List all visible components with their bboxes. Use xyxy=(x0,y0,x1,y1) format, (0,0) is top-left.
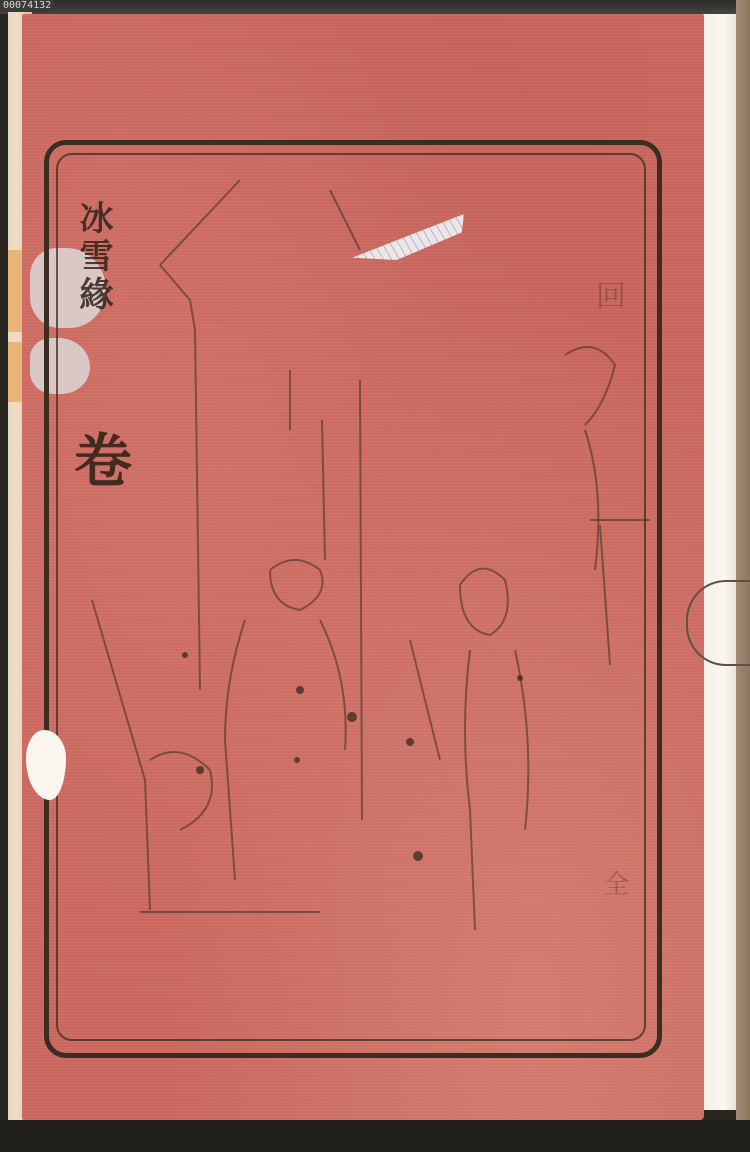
scan-id-label: 00074132 xyxy=(0,0,54,12)
volume-mark: 卷 xyxy=(96,430,140,488)
back-board-edge xyxy=(736,0,750,1152)
faint-side-text: 回 xyxy=(585,280,629,310)
scan-top-margin xyxy=(0,0,750,14)
cover-title-vertical: 冰雪緣 xyxy=(78,200,118,314)
faint-bottom-text: 全 xyxy=(596,870,633,896)
book-clip xyxy=(686,580,750,666)
print-frame-inner xyxy=(56,153,646,1041)
page-edges xyxy=(700,14,739,1110)
scan-bottom-margin xyxy=(0,1120,750,1152)
